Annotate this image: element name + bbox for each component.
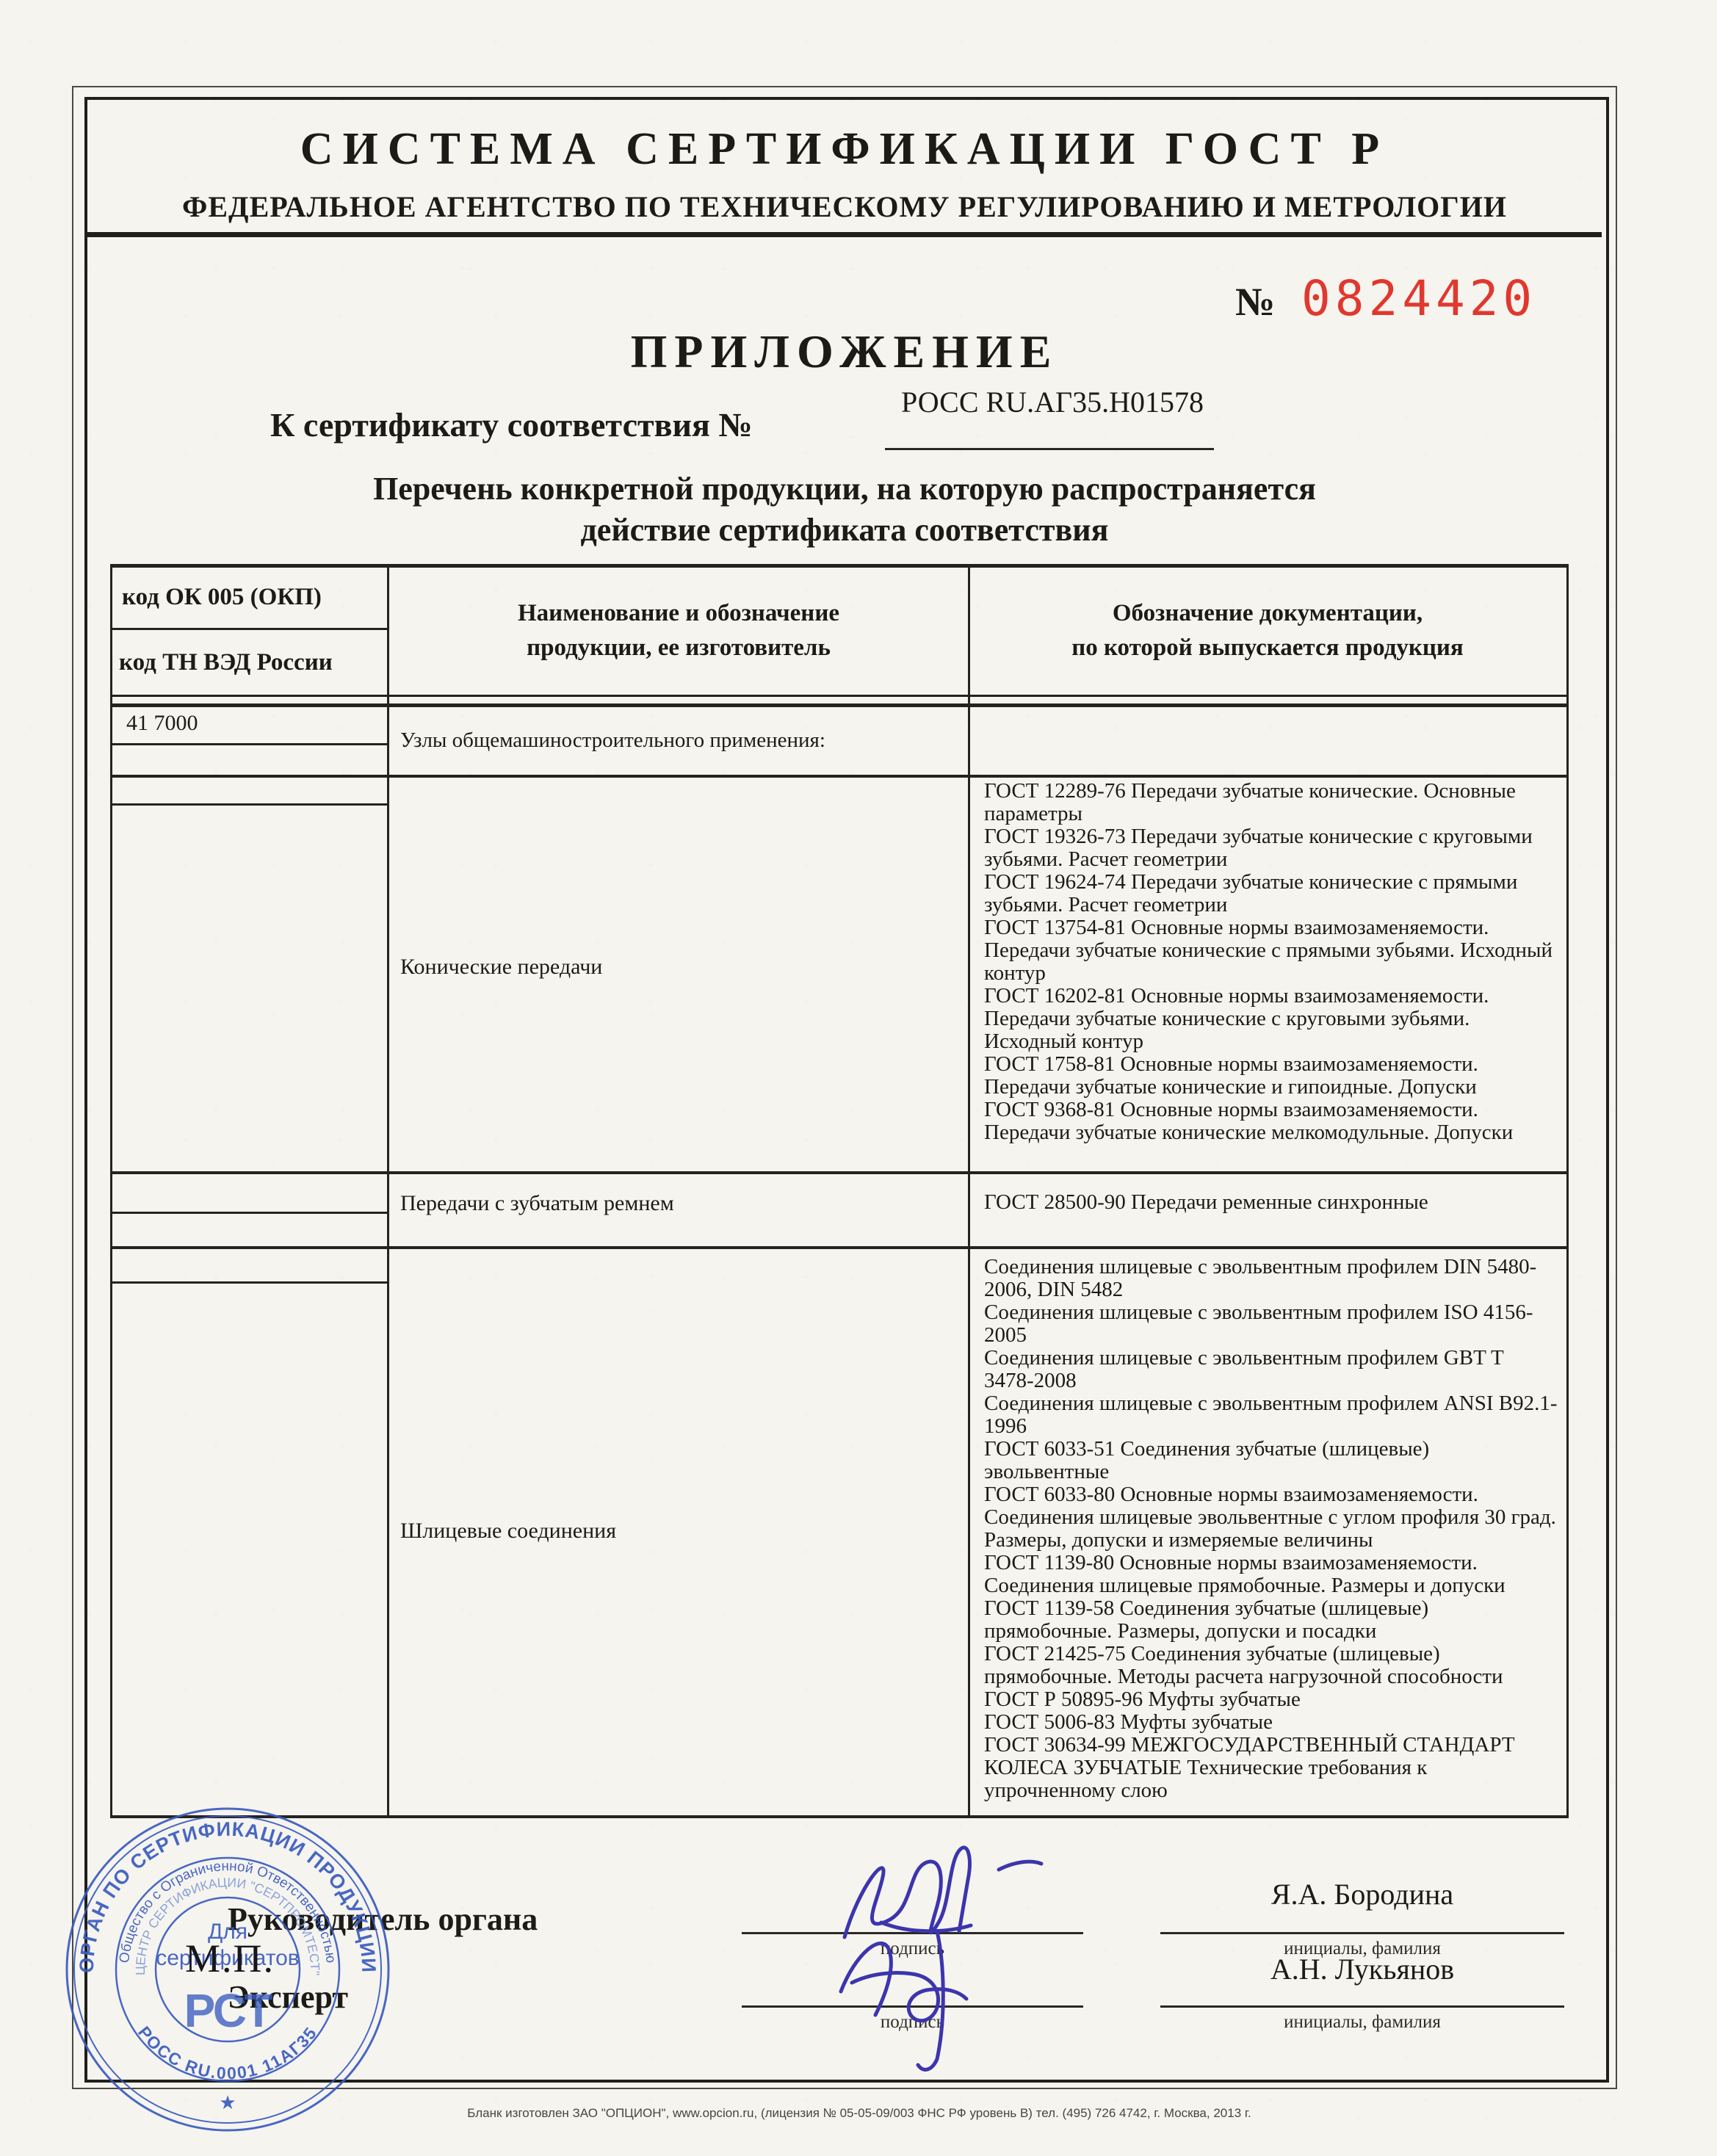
agency-title: ФЕДЕРАЛЬНОЕ АГЕНТСТВО ПО ТЕХНИЧЕСКОМУ РЕ…	[84, 189, 1605, 224]
col2-header: Наименование и обозначение продукции, ее…	[389, 567, 968, 695]
blank-number-sign: №	[1235, 279, 1275, 325]
row2-name: Конические передачи	[400, 955, 958, 979]
doc-entry: ГОСТ 6033-80 Основные нормы взаимозаменя…	[984, 1483, 1558, 1552]
head-name-caption: инициалы, фамилия	[1160, 1939, 1564, 1959]
table-col2-divider	[968, 565, 970, 1818]
row4-docs: Соединения шлицевые с эвольвентным профи…	[984, 1256, 1558, 1802]
subtitle-line2: действие сертификата соответствия	[84, 511, 1605, 549]
table-right-border	[1566, 565, 1569, 1818]
doc-entry: Соединения шлицевые с эвольвентным профи…	[984, 1347, 1558, 1392]
expert-signature-line	[742, 2005, 1083, 2008]
col1-sub-line4	[110, 1281, 389, 1284]
doc-entry: ГОСТ 5006-83 Муфты зубчатые	[984, 1711, 1558, 1734]
doc-entry: ГОСТ 21425-75 Соединения зубчатые (шлице…	[984, 1643, 1558, 1688]
expert-name-caption: инициалы, фамилия	[1160, 2012, 1564, 2033]
col3-header: Обозначение документации, по которой вып…	[969, 567, 1566, 695]
doc-entry: ГОСТ 6033-51 Соединения зубчатые (шлицев…	[984, 1438, 1558, 1483]
cert-number-underline	[885, 448, 1214, 450]
row3-docs: ГОСТ 28500-90 Передачи ременные синхронн…	[984, 1191, 1558, 1214]
doc-entry: ГОСТ 30634-99 МЕЖГОСУДАРСТВЕННЫЙ СТАНДАР…	[984, 1734, 1558, 1802]
doc-entry: ГОСТ 28500-90 Передачи ременные синхронн…	[984, 1191, 1558, 1214]
doc-entry: ГОСТ 9368-81 Основные нормы взаимозаменя…	[984, 1099, 1558, 1144]
doc-entry: ГОСТ 1139-58 Соединения зубчатые (шлицев…	[984, 1597, 1558, 1643]
col1-sub-line3	[110, 1212, 389, 1214]
cert-number: РОСС RU.АГ35.Н01578	[887, 385, 1218, 419]
doc-entry: ГОСТ 1139-80 Основные нормы взаимозаменя…	[984, 1552, 1558, 1597]
col3-header-line2: по которой выпускается продукция	[969, 631, 1566, 665]
col2-header-line1: Наименование и обозначение	[389, 596, 968, 631]
expert-signature-caption: подпись	[742, 2012, 1083, 2033]
col2-header-line2: продукции, ее изготовитель	[389, 631, 968, 665]
header-bottom-line2	[110, 703, 1569, 707]
header-bottom-line1	[110, 695, 1569, 697]
doc-entry: ГОСТ 13754-81 Основные нормы взаимозамен…	[984, 916, 1558, 985]
col1-header-split	[110, 628, 389, 630]
col1-header-tnved: код ТН ВЭД России	[110, 632, 387, 693]
row1-code: 41 7000	[126, 711, 198, 735]
table-left-border	[110, 565, 112, 1818]
page-title: ПРИЛОЖЕНИЕ	[84, 325, 1605, 379]
row1-divider	[110, 775, 1569, 778]
col1-sub-line2	[110, 803, 389, 806]
row2-divider	[110, 1171, 1569, 1174]
system-title: СИСТЕМА СЕРТИФИКАЦИИ ГОСТ Р	[84, 123, 1605, 176]
row4-name: Шлицевые соединения	[400, 1519, 958, 1543]
doc-entry: ГОСТ 19326-73 Передачи зубчатые коническ…	[984, 825, 1558, 871]
head-name: Я.А. Бородина	[1160, 1877, 1564, 1911]
row3-name: Передачи с зубчатым ремнем	[400, 1191, 958, 1215]
doc-entry: ГОСТ Р 50895-96 Муфты зубчатые	[984, 1688, 1558, 1711]
head-signature-caption: подпись	[742, 1939, 1083, 1959]
subtitle-line1: Перечень конкретной продукции, на котору…	[84, 470, 1605, 507]
certificate-page: СИСТЕМА СЕРТИФИКАЦИИ ГОСТ Р ФЕДЕРАЛЬНОЕ …	[0, 0, 1717, 2156]
col1-header-tnved-label: код ТН ВЭД России	[119, 645, 387, 680]
mp-seal-mark: М.П.	[185, 1936, 275, 1981]
doc-entry: Соединения шлицевые с эвольвентным профи…	[984, 1301, 1558, 1347]
doc-entry: ГОСТ 16202-81 Основные нормы взаимозамен…	[984, 985, 1558, 1053]
doc-entry: Соединения шлицевые с эвольвентным профи…	[984, 1392, 1558, 1438]
doc-entry: ГОСТ 19624-74 Передачи зубчатые коническ…	[984, 871, 1558, 916]
doc-entry: ГОСТ 1758-81 Основные нормы взаимозаменя…	[984, 1053, 1558, 1099]
head-name-line	[1160, 1932, 1564, 1934]
cert-line-label: К сертификату соответствия №	[270, 405, 753, 444]
doc-entry: Соединения шлицевые с эвольвентным профи…	[984, 1256, 1558, 1301]
row3-divider	[110, 1246, 1569, 1249]
col1-header-okp-label: код ОК 005 (ОКП)	[122, 580, 387, 615]
blank-number: 0824420	[1301, 270, 1536, 327]
header-divider	[87, 232, 1602, 237]
table-col1-divider	[387, 565, 389, 1818]
head-signature-line	[742, 1932, 1083, 1934]
blank-manufacturer-note: Бланк изготовлен ЗАО "ОПЦИОН", www.opcio…	[294, 2106, 1425, 2121]
row2-docs: ГОСТ 12289-76 Передачи зубчатые коническ…	[984, 780, 1558, 1144]
stamp-star-icon: ★	[219, 2091, 236, 2113]
col1-header-okp: код ОК 005 (ОКП)	[110, 568, 387, 626]
rst-logo: РСТ	[184, 1984, 273, 2037]
col1-sub-line1	[110, 743, 389, 745]
row1-name: Узлы общемашиностроительного применения:	[400, 728, 958, 753]
col3-header-line1: Обозначение документации,	[969, 596, 1566, 631]
doc-entry: ГОСТ 12289-76 Передачи зубчатые коническ…	[984, 780, 1558, 825]
expert-name-line	[1160, 2005, 1564, 2008]
